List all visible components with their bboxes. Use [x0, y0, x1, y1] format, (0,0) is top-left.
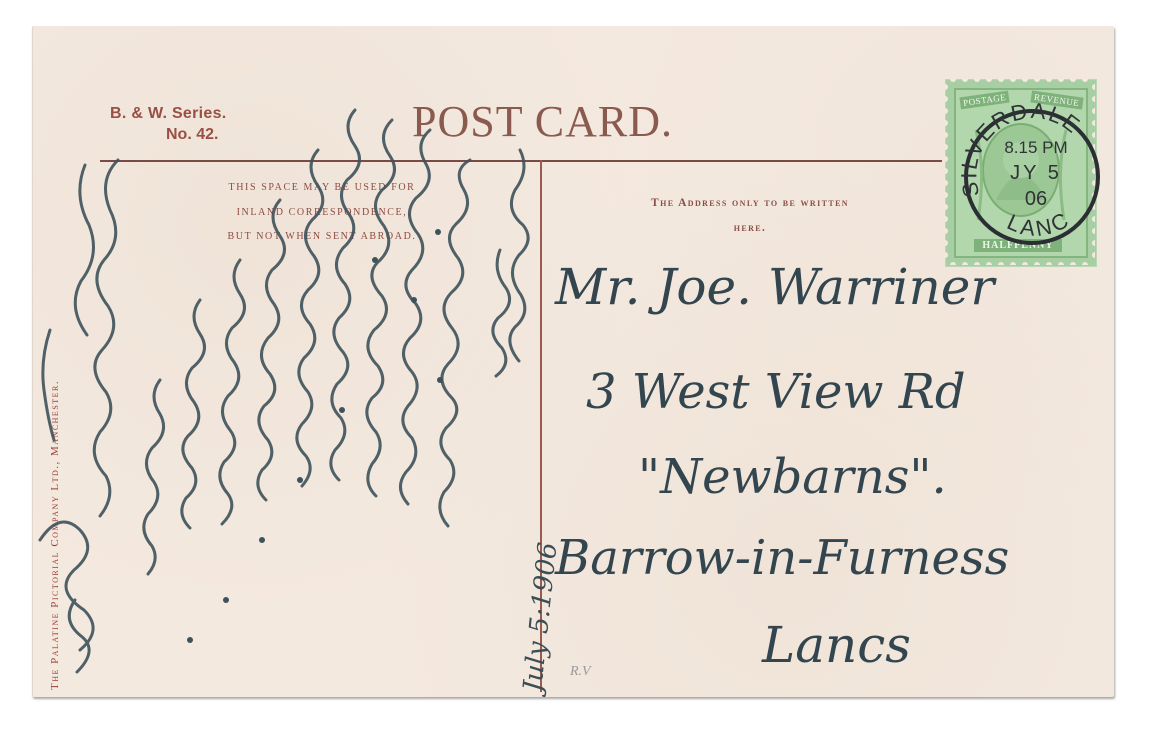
address-side-note-2: here.	[560, 223, 940, 235]
printer-imprint: The Palatine Pictorial Company Ltd., Man…	[49, 150, 61, 690]
address-line-recipient: Mr. Joe. Warriner	[555, 262, 994, 312]
halfpenny-stamp: POSTAGE REVENUE HALFPENNY	[945, 79, 1097, 267]
series-number: No. 42.	[166, 127, 218, 143]
series-label: B. & W. Series.	[110, 106, 227, 122]
message-side-note-1: This space may be used for	[172, 183, 472, 193]
address-line-street: 3 West View Rd	[586, 368, 966, 416]
stamp-frame	[954, 88, 1088, 258]
stamp-value-label: HALFPENNY	[974, 239, 1062, 252]
post-card-title: POST CARD.	[412, 100, 673, 144]
address-side-note-1: The Address only to be written	[560, 198, 940, 210]
message-side-note-2: inland correspondence,	[172, 208, 472, 218]
message-side-note-3: but not when sent abroad.	[172, 232, 472, 242]
address-line-house: "Newbarns".	[638, 453, 947, 501]
king-portrait-icon	[956, 90, 1086, 256]
header-divider-line	[100, 160, 942, 162]
address-line-town: Barrow-in-Furness	[555, 534, 1009, 582]
pencil-annotation: R.V	[570, 664, 591, 680]
address-line-county: Lancs	[762, 620, 911, 670]
